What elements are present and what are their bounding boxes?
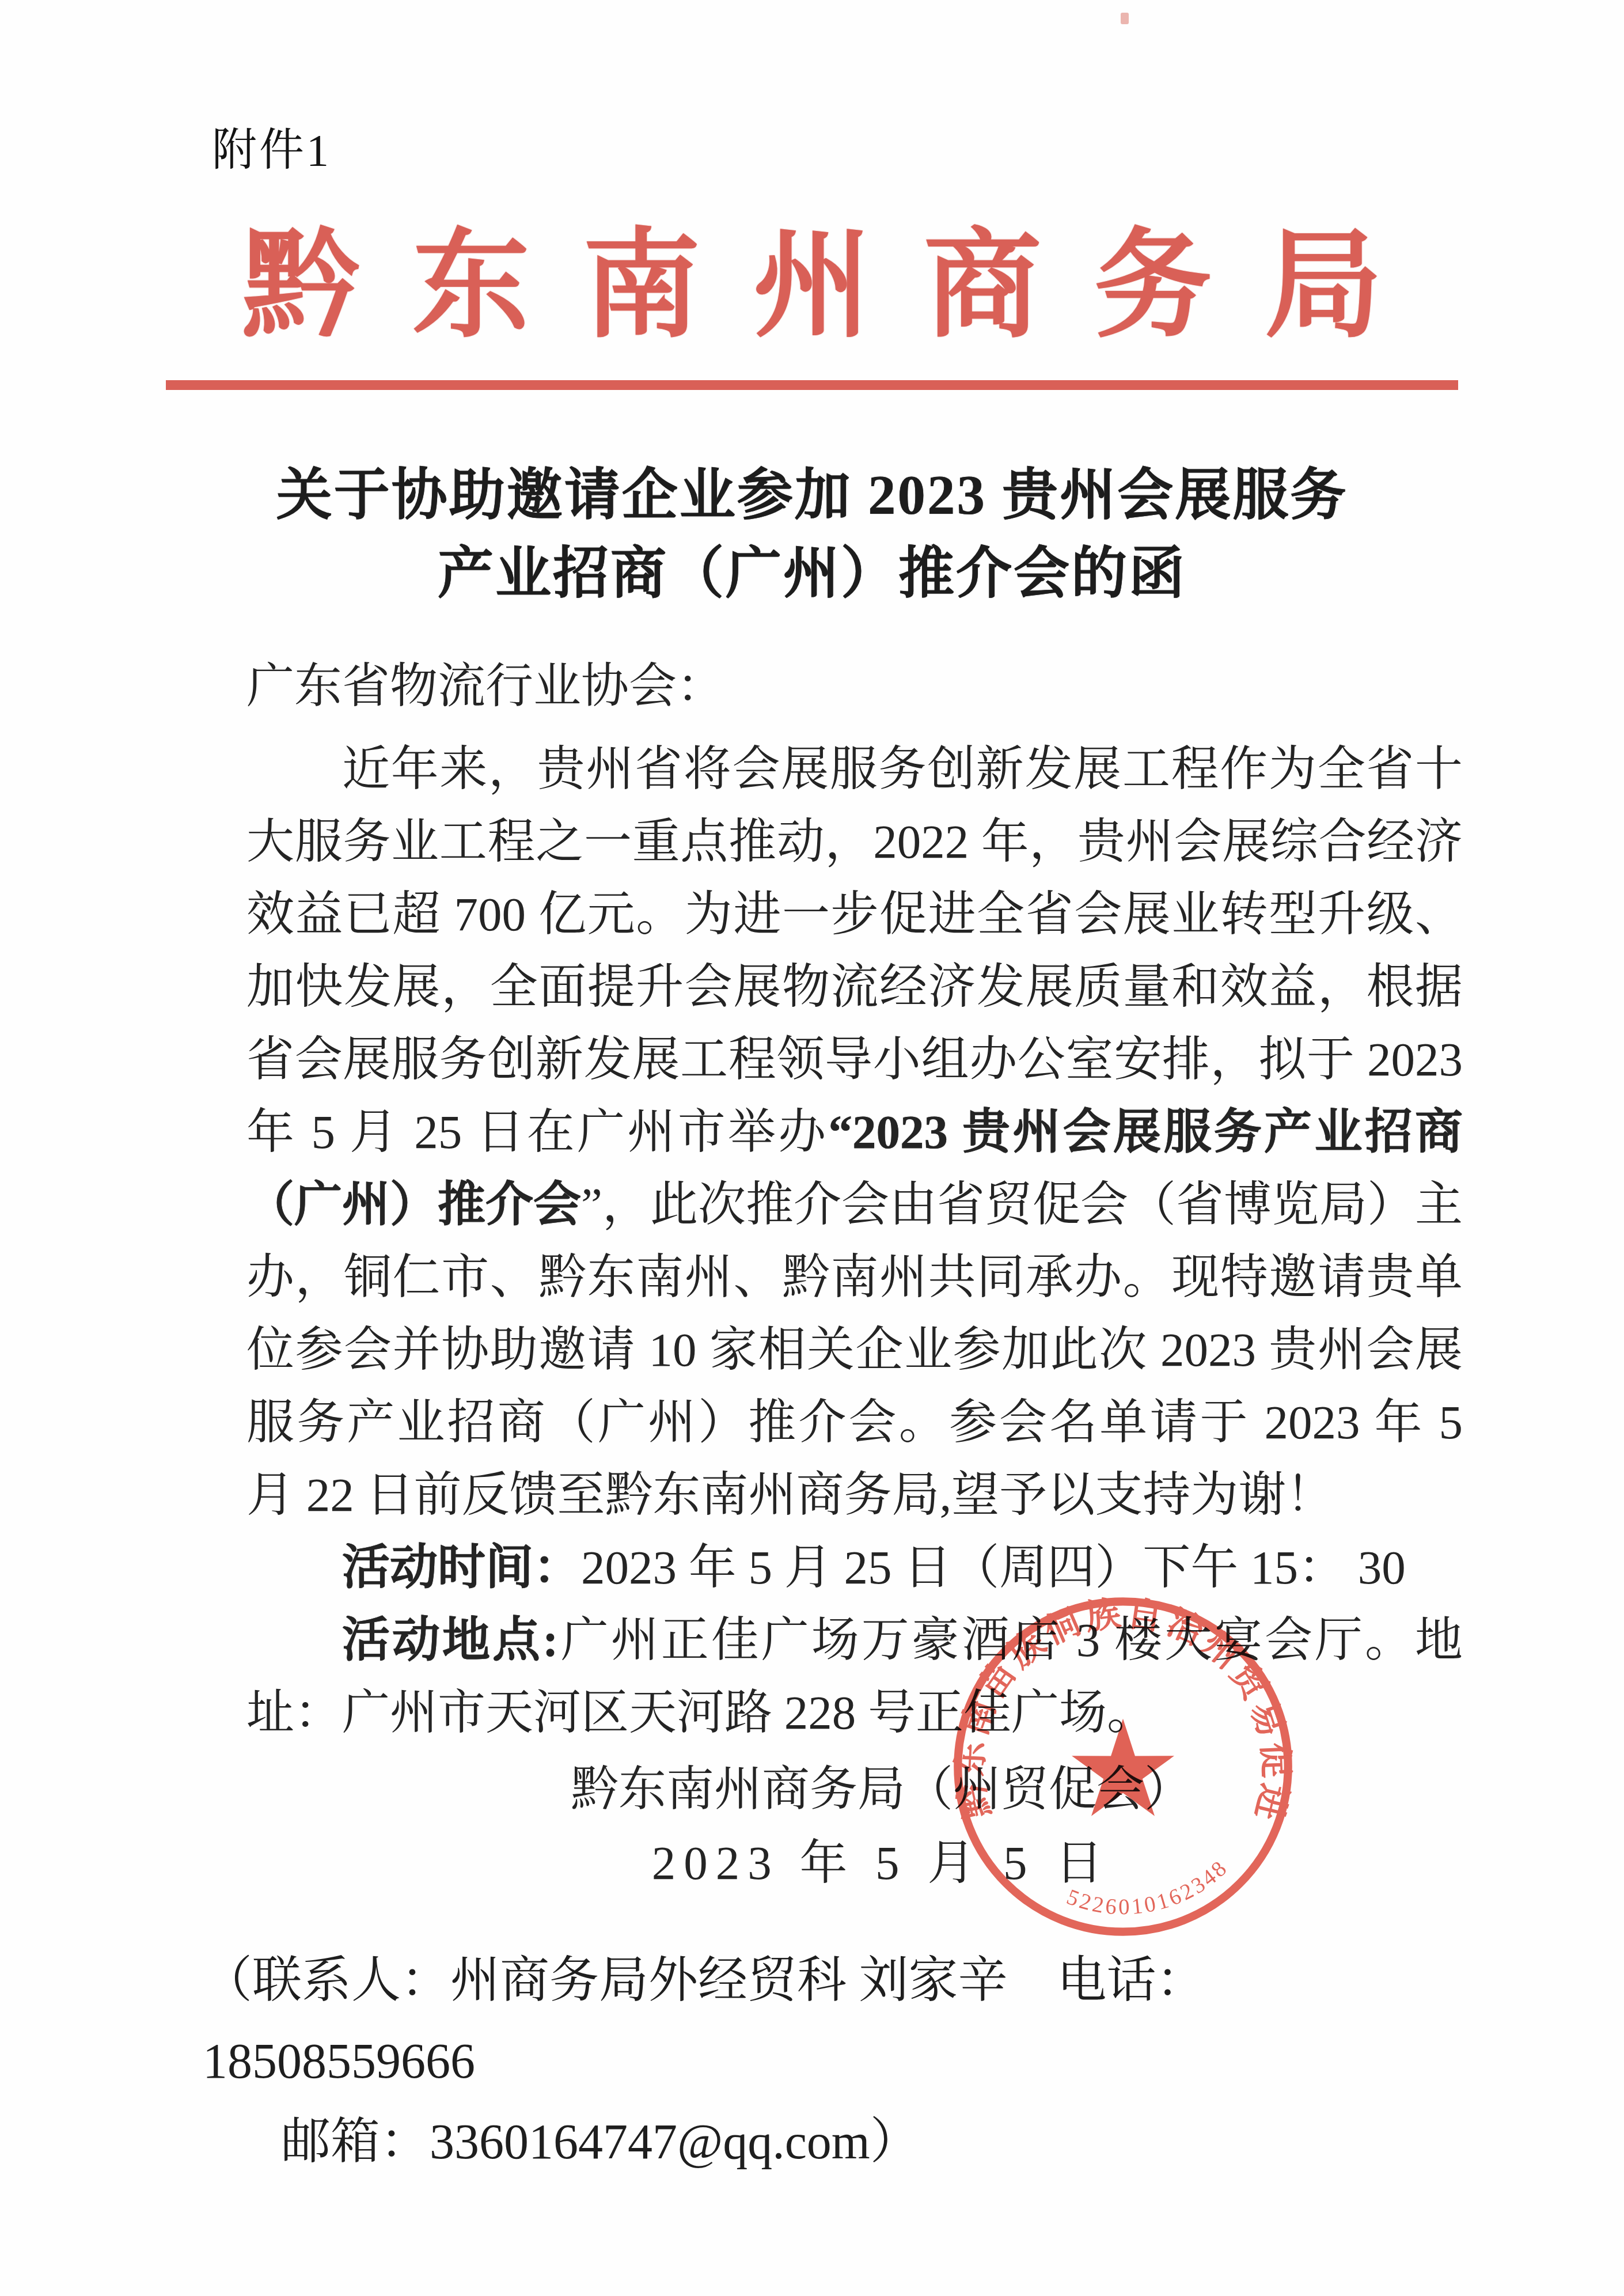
seal-code: 5226010162348	[1059, 1852, 1236, 1934]
attachment-label: 附件1	[212, 114, 331, 179]
scanned-letter-page: 附件1 黔东南州商务局 关于协助邀请企业参加 2023 贵州会展服务 产业招商（…	[0, 0, 1624, 2296]
contact-block: （联系人：州商务局外经贸科 刘家辛 电话：18508559666 邮箱：3360…	[203, 1940, 1470, 2182]
activity-time-value: 2023 年 5 月 25 日（周四）下午 15： 30	[581, 1541, 1406, 1594]
svg-text:5226010162348: 5226010162348	[1059, 1852, 1236, 1934]
body-run: 近年来，贵州省将会展服务创新发展工程作为全省十大服务业工程之一重点推动，2022…	[246, 742, 1463, 1158]
document-title-line1: 关于协助邀请企业参加 2023 贵州会展服务	[0, 456, 1624, 535]
scan-artifact-mark	[1121, 13, 1129, 24]
activity-time-label: 活动时间：	[342, 1541, 581, 1594]
salutation: 广东省物流行业协会：	[246, 650, 1463, 722]
seal-star-icon	[1072, 1719, 1174, 1816]
contact-line2: 邮箱：3360164747@qq.com）	[203, 2101, 1470, 2182]
contact-line1: （联系人：州商务局外经贸科 刘家辛 电话：18508559666	[203, 1940, 1470, 2101]
letterhead-divider-rule	[166, 380, 1458, 390]
document-title-line2: 产业招商（广州）推介会的函	[0, 535, 1624, 613]
activity-place-label: 活动地点:	[342, 1613, 559, 1666]
document-title: 关于协助邀请企业参加 2023 贵州会展服务 产业招商（广州）推介会的函	[0, 456, 1624, 613]
letterhead-org-name: 黔东南州商务局	[0, 212, 1624, 362]
official-seal: 黔东南苗族侗族自治州贸易促进会 5226010162348	[947, 1591, 1299, 1942]
body-paragraph: 近年来，贵州省将会展服务创新发展工程作为全省十大服务业工程之一重点推动，2022…	[246, 733, 1463, 1531]
